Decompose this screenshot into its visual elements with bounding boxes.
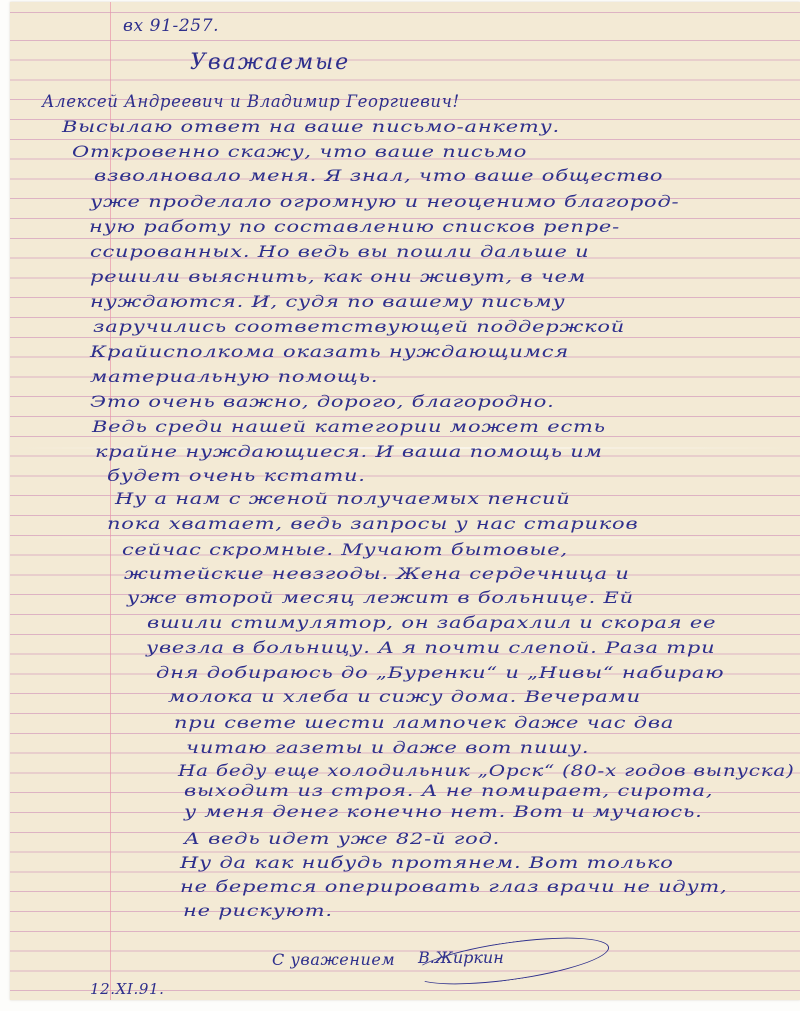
letter-line: Высылаю ответ на ваше письмо-анкету. <box>62 118 560 136</box>
letter-line: заручились соответствующей поддержкой <box>93 318 625 336</box>
paper-crease <box>10 537 800 539</box>
letter-line: Это очень важно, дорого, благородно. <box>90 393 555 411</box>
letter-line: решили выяснить, как они живут, в чем <box>90 268 586 286</box>
letter-line: уже второй месяц лежит в больнице. Ей <box>127 589 634 607</box>
letter-line: будет очень кстати. <box>107 467 366 485</box>
letter-line: сейчас скромные. Мучают бытовые, <box>122 541 568 559</box>
letter-line: Ну а нам с женой получаемых пенсий <box>115 490 571 508</box>
letter-line: нуждаются. И, судя по вашему письму <box>90 293 565 311</box>
incoming-reference-number: вх 91-257. <box>123 16 219 36</box>
letter-line: житейские невзгоды. Жена сердечница и <box>124 565 630 583</box>
letter-line: ную работу по составлению списков репре- <box>89 218 620 236</box>
letter-line: На беду еще холодильник „Орск“ (80-х год… <box>178 762 795 780</box>
letter-line: выходит из строя. А не помирает, сирота, <box>184 782 713 800</box>
letter-line: Ну да как нибудь протянем. Вот только <box>180 854 674 872</box>
letter-line: Откровенно скажу, что ваше письмо <box>72 143 527 161</box>
letter-line: дня добираюсь до „Буренки“ и „Нивы“ наби… <box>156 664 724 682</box>
letter-line: крайне нуждающиеся. И ваша помощь им <box>95 443 603 461</box>
letter-line: уже проделало огромную и неоценимо благо… <box>90 193 679 211</box>
letter-line: у меня денег конечно нет. Вот и мучаюсь. <box>184 803 703 821</box>
letter-line: молока и хлеба и сижу дома. Вечерами <box>168 688 641 706</box>
letter-line: А ведь идет уже 82-й год. <box>184 830 500 848</box>
letter-line: увезла в больницу. А я почти слепой. Раз… <box>146 639 715 657</box>
letter-line: не берется оперировать глаз врачи не иду… <box>180 878 728 896</box>
salutation: Уважаемые <box>190 50 350 75</box>
letter-line: взволновало меня. Я знал, что ваше общес… <box>94 167 663 185</box>
closing: С уважением <box>272 950 395 969</box>
letter-line: при свете шести лампочек даже час два <box>174 714 674 732</box>
letter-line: Крайисполкома оказать нуждающимся <box>90 343 569 361</box>
letter-line: вшили стимулятор, он забарахлил и скорая… <box>147 614 716 632</box>
letter-line: пока хватает, ведь запросы у нас старико… <box>107 515 638 533</box>
letter-line: материальную помощь. <box>90 368 378 386</box>
letter-line: не рискуют. <box>183 902 333 920</box>
letter-page: вх 91-257. Уважаемые Алексей Андреевич и… <box>10 2 800 1000</box>
letter-line: Ведь среди нашей категории может есть <box>92 418 606 436</box>
addressees-line: Алексей Андреевич и Владимир Георгиевич! <box>42 92 460 111</box>
letter-line: ссированных. Но ведь вы пошли дальше и <box>90 243 589 261</box>
letter-line: читаю газеты и даже вот пишу. <box>186 739 589 757</box>
letter-date: 12.XI.91. <box>90 980 164 998</box>
